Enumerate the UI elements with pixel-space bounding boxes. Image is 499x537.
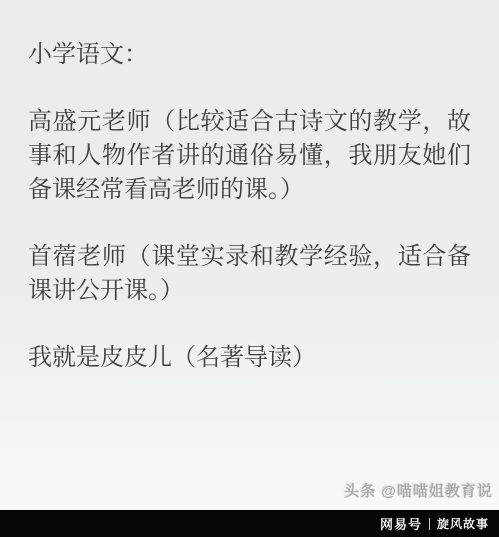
- teacher-paragraph-shouxu: 首蓿老师（课堂实录和教学经验，适合备课讲公开课。）: [28, 240, 471, 308]
- text-post-image: 小学语文： 高盛元老师（比较适合古诗文的教学，故事和人物作者讲的通俗易懂，我朋友…: [0, 0, 499, 537]
- footer-separator-line: [429, 518, 430, 530]
- toutiao-author-watermark: 头条 @喵喵姐教育说: [344, 480, 493, 501]
- post-body: 小学语文： 高盛元老师（比较适合古诗文的教学，故事和人物作者讲的通俗易懂，我朋友…: [28, 38, 471, 375]
- page-title: 小学语文：: [28, 38, 471, 72]
- teacher-paragraph-gaoshengyuan: 高盛元老师（比较适合古诗文的教学，故事和人物作者讲的通俗易懂，我朋友她们备课经常…: [28, 105, 471, 207]
- netease-footer-bar: 网易号 旋风故事: [0, 510, 499, 537]
- teacher-paragraph-pipier: 我就是皮皮儿（名著导读）: [28, 341, 471, 375]
- netease-brand-label: 网易号: [380, 514, 422, 533]
- footer-account-name: 旋风故事: [437, 515, 489, 532]
